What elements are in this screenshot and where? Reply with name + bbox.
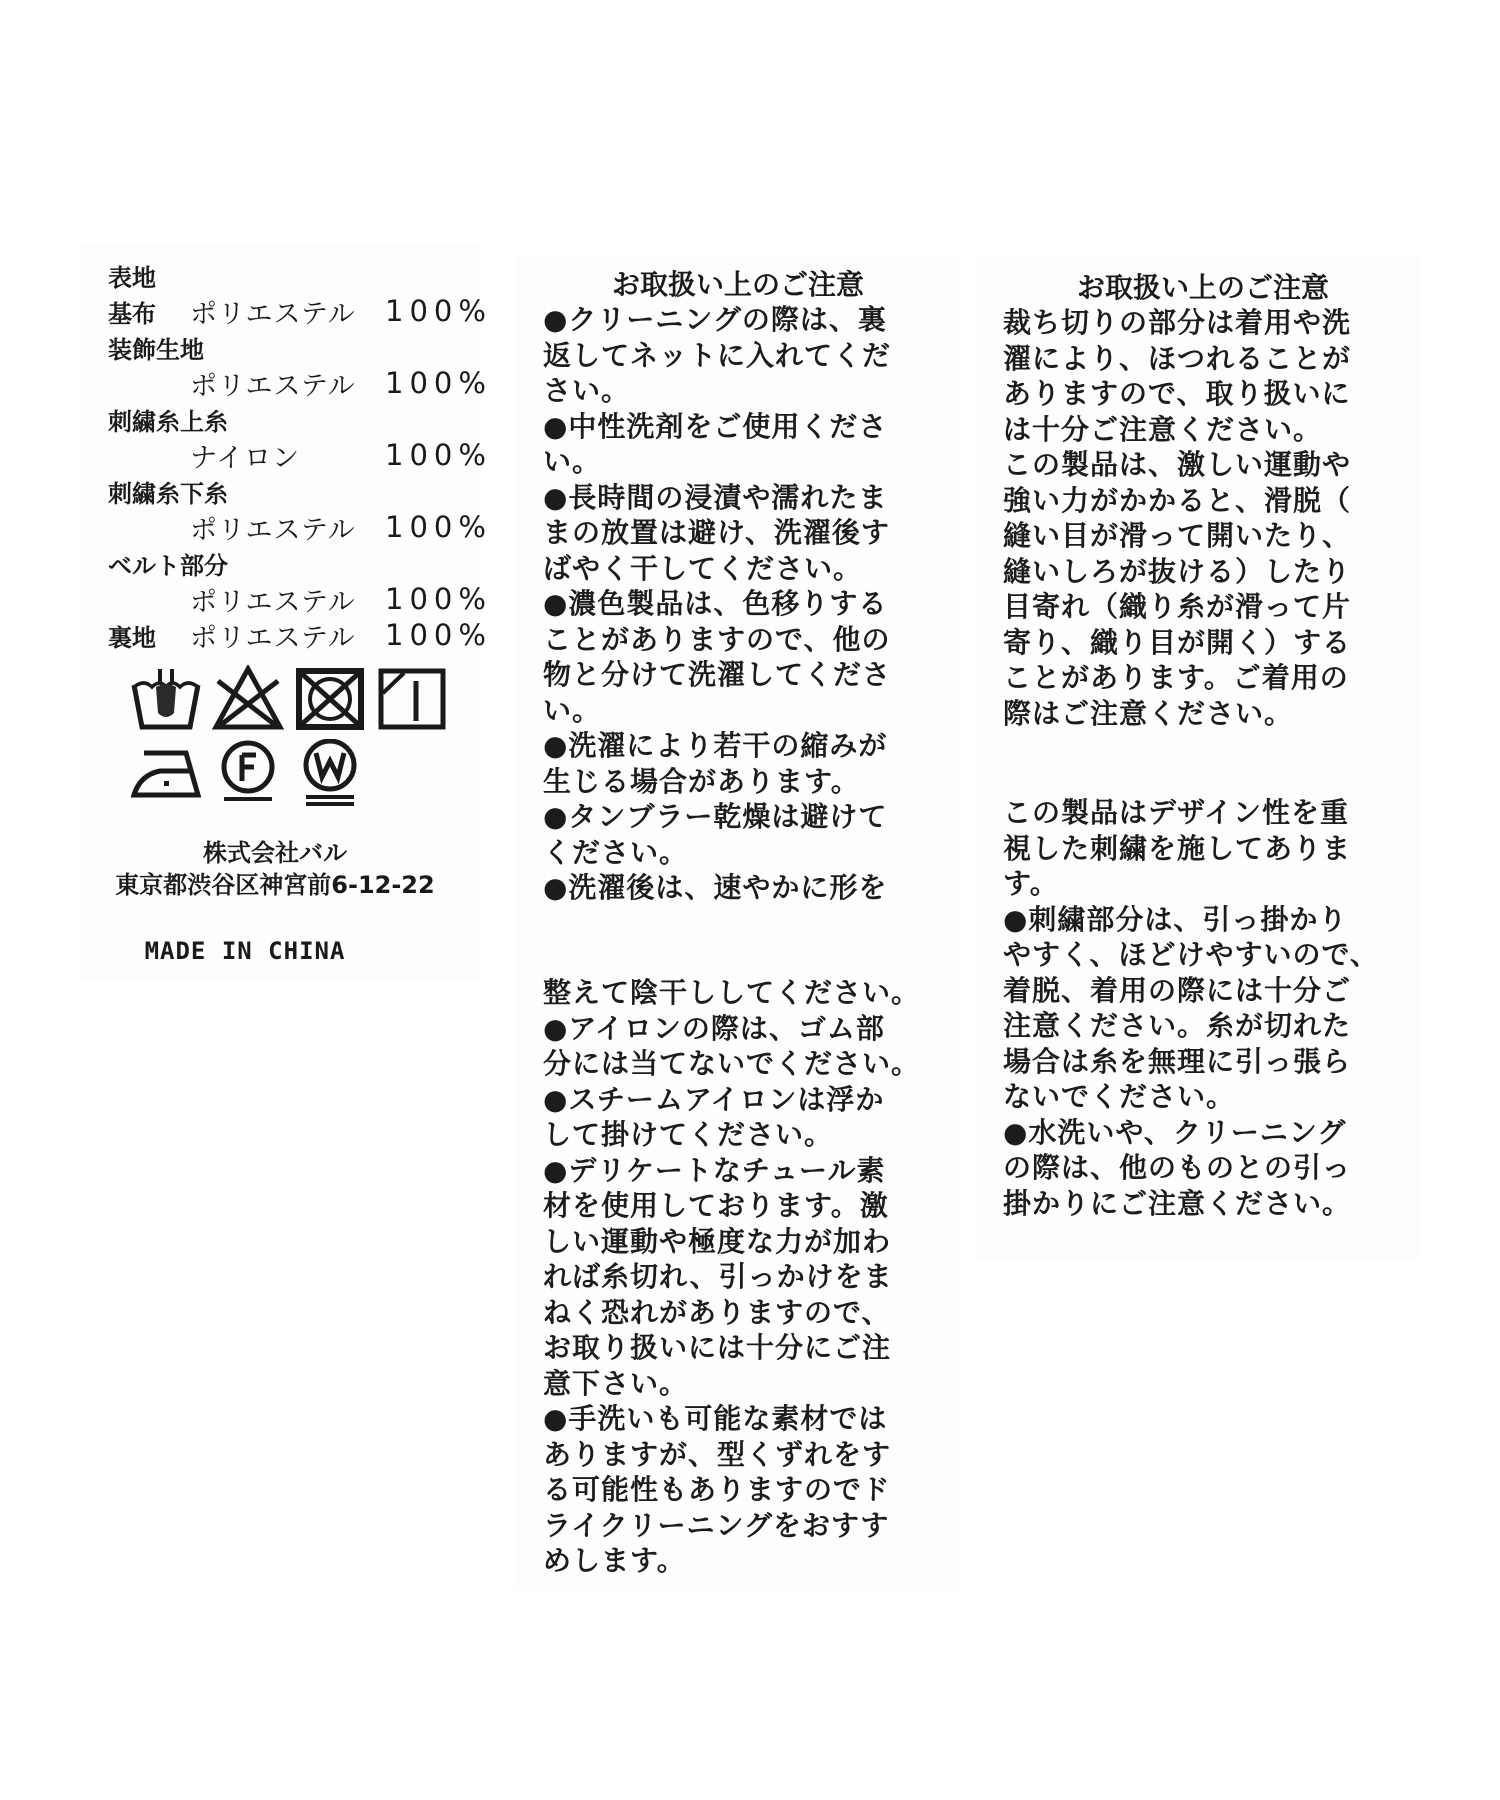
notice-title: お取扱い上のご注意 <box>1003 270 1403 305</box>
composition-row: 刺繍糸上糸 <box>108 401 492 437</box>
notice-line: 分には当てないでください。 <box>543 1046 943 1082</box>
notice-line: い。 <box>543 444 933 480</box>
composition-fiber: ポリエステル <box>188 292 385 331</box>
notice-line: まの放置は避け、洗濯後す <box>543 515 933 551</box>
notice-line: 生じる場合があります。 <box>543 764 933 800</box>
notice-line: 意下さい。 <box>543 1366 943 1402</box>
notice-line: ●刺繍部分は、引っ掛かり <box>1003 902 1403 938</box>
notice-block: お取扱い上のご注意 裁ち切りの部分は着用や洗 濯により、ほつれることが あります… <box>1003 270 1403 731</box>
composition-percent: 100% <box>385 294 492 328</box>
composition-percent: 100% <box>385 366 492 400</box>
notice-line: さい。 <box>543 373 933 409</box>
composition-part: 刺繍糸下糸 <box>108 474 228 509</box>
notice-line: 注意ください。糸が切れた <box>1003 1008 1403 1044</box>
notice-line: ライクリーニングをおすす <box>543 1508 943 1544</box>
composition-part: 表地 <box>108 258 156 293</box>
composition-row: 基布 ポリエステル 100% <box>108 293 492 329</box>
composition-row: 裏地 ポリエステル 100% <box>108 617 492 653</box>
composition-part: ベルト部分 <box>108 546 228 581</box>
composition-row: ナイロン 100% <box>108 437 492 473</box>
company-info: 株式会社バル 東京都渋谷区神宮前6-12-22 <box>80 837 470 901</box>
notice-line: ことがあります。ご着用の <box>1003 660 1403 696</box>
notice-line: 視した刺繍を施してありま <box>1003 831 1403 867</box>
notice-line: れば糸切れ、引っかけをま <box>543 1259 943 1295</box>
notice-line: ●手洗いも可能な素材では <box>543 1401 943 1437</box>
dry-clean-f-mild-icon <box>212 739 284 807</box>
notice-line: お取り扱いには十分にご注 <box>543 1330 943 1366</box>
notice-line: 材を使用しております。激 <box>543 1188 943 1224</box>
composition-percent: 100% <box>385 582 492 616</box>
notice-line: この製品はデザイン性を重 <box>1003 795 1403 831</box>
composition-part: 基布 <box>108 294 188 329</box>
composition-fiber: ポリエステル <box>188 364 385 403</box>
notice-line: ありますので、取り扱いに <box>1003 376 1403 412</box>
notice-line: 掛かりにご注意ください。 <box>1003 1186 1403 1222</box>
notice-line: ことがありますので、他の <box>543 622 933 658</box>
notice-line: 裁ち切りの部分は着用や洗 <box>1003 305 1403 341</box>
country-of-origin: MADE IN CHINA <box>80 937 470 965</box>
notice-line: 際はご注意ください。 <box>1003 696 1403 732</box>
notice-line: この製品は、激しい運動や <box>1003 447 1403 483</box>
notice-line: 寄り、織り目が開く）する <box>1003 625 1403 661</box>
composition-fiber: ポリエステル <box>188 580 385 619</box>
notice-line: 物と分けて洗濯してくださ <box>543 657 933 693</box>
notice-line: ください。 <box>543 835 933 871</box>
notice-line: い。 <box>543 693 933 729</box>
notice-line: めします。 <box>543 1543 943 1579</box>
composition-fiber: ナイロン <box>188 436 385 475</box>
line-dry-shade-icon <box>376 665 448 733</box>
notice-line: ●スチームアイロンは浮か <box>543 1082 943 1118</box>
notice-block: この製品はデザイン性を重 視した刺繍を施してありま す。 ●刺繍部分は、引っ掛か… <box>1003 795 1403 1221</box>
no-bleach-icon <box>212 665 284 733</box>
composition-part: 刺繍糸上糸 <box>108 402 228 437</box>
composition-list: 表地 基布 ポリエステル 100% 装飾生地 ポリエステル 100% 刺繍糸上糸… <box>108 257 492 653</box>
notice-line: やすく、ほどけやすいので、 <box>1003 937 1403 973</box>
notice-line: ●長時間の浸漬や濡れたま <box>543 480 933 516</box>
notice-line: 濯により、ほつれることが <box>1003 341 1403 377</box>
notice-line: ●アイロンの際は、ゴム部 <box>543 1011 943 1047</box>
notice-line: 強い力がかかると、滑脱（ <box>1003 483 1403 519</box>
wet-clean-w-very-mild-icon <box>294 739 366 807</box>
notice-line: 場合は糸を無理に引っ張ら <box>1003 1044 1403 1080</box>
hand-wash-40-icon <box>130 665 202 733</box>
composition-label-panel: 表地 基布 ポリエステル 100% 装飾生地 ポリエステル 100% 刺繍糸上糸… <box>80 245 480 980</box>
notice-line: 縫いしろが抜ける）したり <box>1003 554 1403 590</box>
notice-line: ●濃色製品は、色移りする <box>543 586 933 622</box>
notice-line: ありますが、型くずれをす <box>543 1437 943 1473</box>
notice-line: は十分ご注意ください。 <box>1003 412 1403 448</box>
composition-row: 刺繍糸下糸 <box>108 473 492 509</box>
notice-line: しい運動や極度な力が加わ <box>543 1224 943 1260</box>
notice-line: る可能性もありますのでド <box>543 1472 943 1508</box>
composition-percent: 100% <box>385 438 492 472</box>
notice-line: ●デリケートなチュール素 <box>543 1153 943 1189</box>
care-notice-panel-middle: お取扱い上のご注意 ●クリーニングの際は、裏 返してネットに入れてくだ さい。 … <box>515 255 960 1590</box>
composition-row: ポリエステル 100% <box>108 581 492 617</box>
notice-line: 着脱、着用の際には十分ご <box>1003 973 1403 1009</box>
composition-row: ポリエステル 100% <box>108 365 492 401</box>
composition-percent: 100% <box>385 510 492 544</box>
composition-fiber: ポリエステル <box>188 616 385 655</box>
notice-line: ないでください。 <box>1003 1079 1403 1115</box>
notice-line: ばやく干してください。 <box>543 551 933 587</box>
notice-line: す。 <box>1003 866 1403 902</box>
care-notice-panel-right: お取扱い上のご注意 裁ち切りの部分は着用や洗 濯により、ほつれることが あります… <box>975 255 1420 1260</box>
iron-low-icon <box>130 739 202 807</box>
notice-block: 整えて陰干ししてください。 ●アイロンの際は、ゴム部 分には当てないでください。… <box>543 975 943 1579</box>
composition-row: ポリエステル 100% <box>108 509 492 545</box>
notice-line: ●洗濯により若干の縮みが <box>543 728 933 764</box>
notice-line: 目寄れ（織り糸が滑って片 <box>1003 589 1403 625</box>
composition-row: 表地 <box>108 257 492 293</box>
notice-line: ●クリーニングの際は、裏 <box>543 302 933 338</box>
notice-line: ●中性洗剤をご使用くださ <box>543 409 933 445</box>
notice-line: ●タンブラー乾燥は避けて <box>543 799 933 835</box>
notice-line: 整えて陰干ししてください。 <box>543 975 943 1011</box>
company-address: 東京都渋谷区神宮前6-12-22 <box>80 869 470 901</box>
care-symbols <box>130 665 460 813</box>
composition-row: ベルト部分 <box>108 545 492 581</box>
notice-line: の際は、他のものとの引っ <box>1003 1150 1403 1186</box>
notice-block: お取扱い上のご注意 ●クリーニングの際は、裏 返してネットに入れてくだ さい。 … <box>543 267 933 906</box>
composition-part: 装飾生地 <box>108 330 204 365</box>
notice-line: ねく恐れがありますので、 <box>543 1295 943 1331</box>
no-tumble-dry-icon <box>294 665 366 733</box>
composition-fiber: ポリエステル <box>188 508 385 547</box>
notice-line: 返してネットに入れてくだ <box>543 338 933 374</box>
notice-line: ●水洗いや、クリーニング <box>1003 1115 1403 1151</box>
notice-title: お取扱い上のご注意 <box>543 267 933 302</box>
notice-line: ●洗濯後は、速やかに形を <box>543 870 933 906</box>
composition-percent: 100% <box>385 618 492 652</box>
notice-line: 縫い目が滑って開いたり、 <box>1003 518 1403 554</box>
composition-row: 装飾生地 <box>108 329 492 365</box>
notice-line: して掛けてください。 <box>543 1117 943 1153</box>
company-name: 株式会社バル <box>80 837 470 869</box>
composition-part: 裏地 <box>108 618 188 653</box>
